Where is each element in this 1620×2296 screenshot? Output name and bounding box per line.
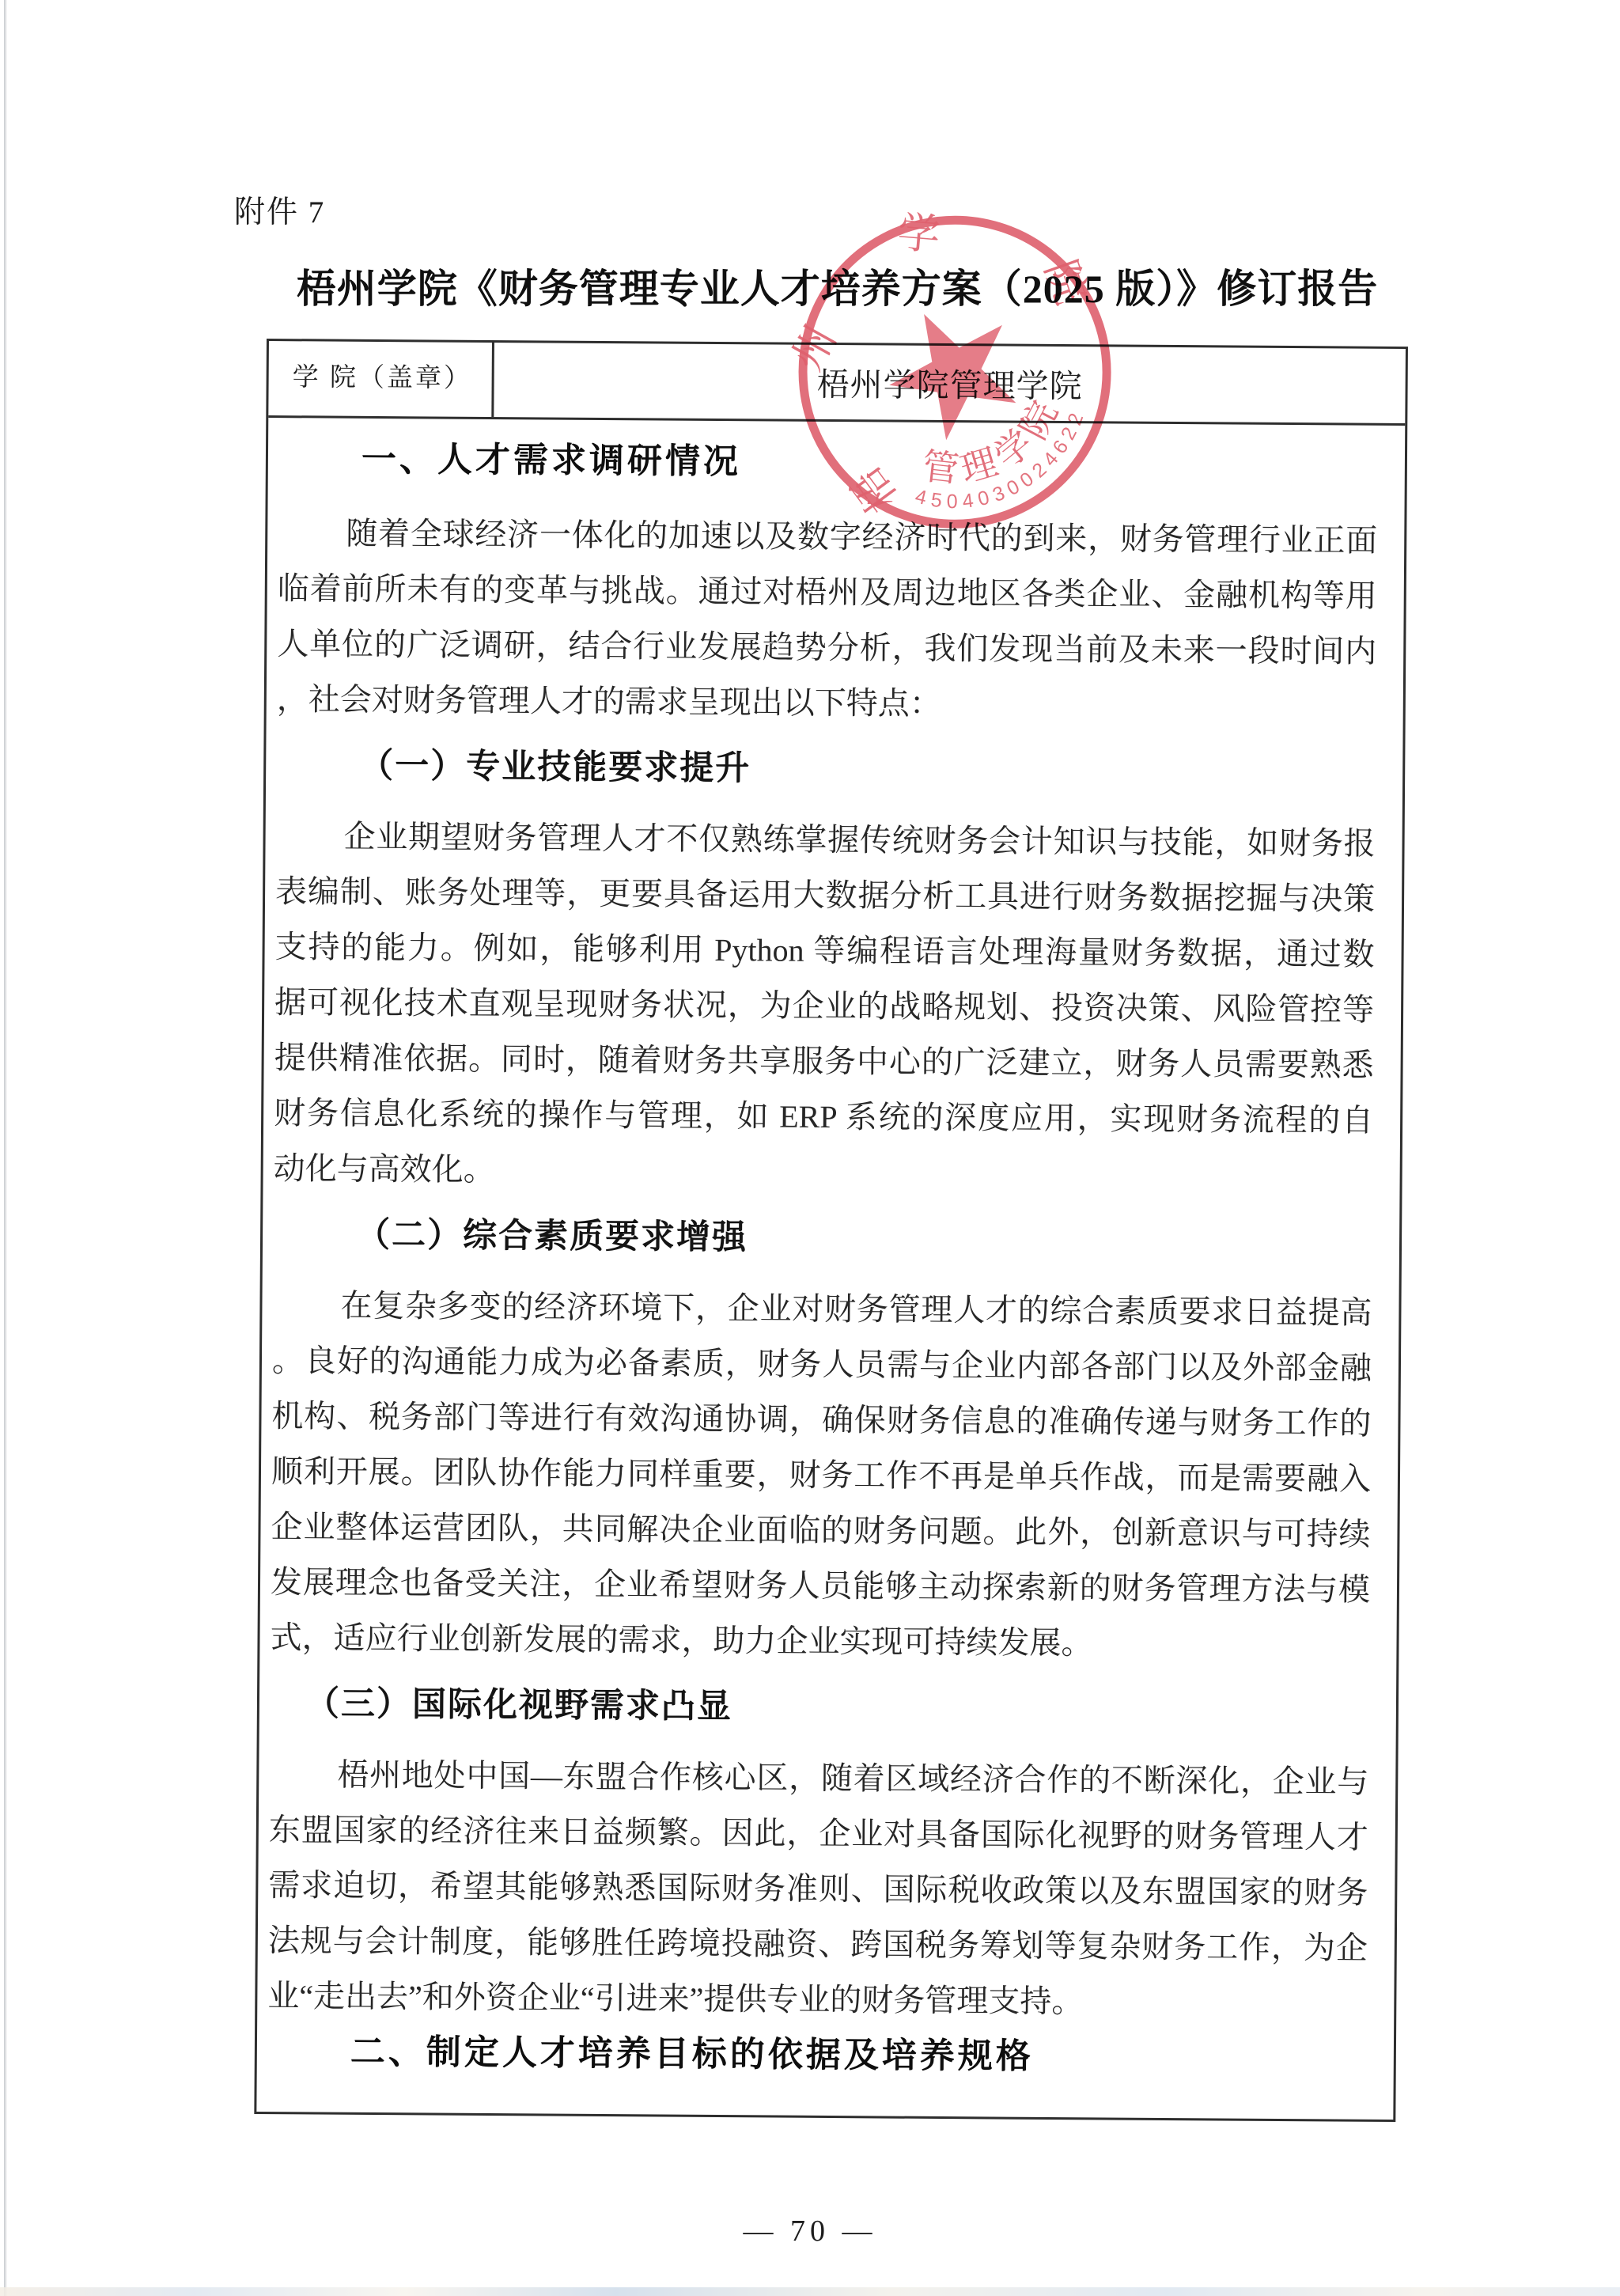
body-line: 法规与会计制度，能够胜任跨境投融资、跨国税务筹划等复杂财务工作，为企 [268,1913,1368,1976]
subsection-2-heading: （二）综合素质要求增强 [273,1207,1372,1270]
body-line: 表编制、账务处理等，更要具备运用大数据分析工具进行财务数据挖掘与决策 [275,864,1375,927]
body-line: 财务信息化系统的操作与管理，如 ERP 系统的深度应用，实现财务流程的自 [274,1085,1373,1149]
body-line: 东盟国家的经济往来日益频繁。因此，企业对具备国际化视野的财务管理人才 [269,1802,1368,1866]
body-line: 支持的能力。例如，能够利用 Python 等编程语言处理海量财务数据，通过数 [274,919,1374,983]
report-body-cell: 一、人才需求调研情况 随着全球经济一体化的加速以及数字经济时代的到来，财务管理行… [256,418,1405,2120]
scan-left-edge-artifact [4,0,7,2296]
body-line: 企业期望财务管理人才不仅熟练掌握传统财务会计知识与技能，如财务报 [275,809,1375,872]
table-header-row: 学 院（盖章） 梧州学院管理学院 [268,341,1406,426]
report-table: 学 院（盖章） 梧州学院管理学院 一、人才需求调研情况 随着全球经济一体化的加速… [254,339,1408,2122]
body-line: 企业整体运营团队，共同解决企业面临的财务问题。此外，创新意识与可持续 [271,1499,1370,1563]
subsection-1-heading: （一）专业技能要求提升 [276,737,1376,801]
page-title: 梧州学院《财务管理专业人才培养方案（2025 版）》修订报告 [267,264,1408,313]
body-line: 梧州地处中国—东盟合作核心区，随着区域经济合作的不断深化，企业与 [269,1747,1368,1810]
body-line: 在复杂多变的经济环境下，企业对财务管理人才的综合素质要求日益提高 [272,1278,1372,1341]
body-line: ，社会对财务管理人才的需求呈现出以下特点： [277,672,1376,735]
body-line: 需求迫切，希望其能够熟悉国际财务准则、国际税收政策以及东盟国家的财务 [268,1858,1368,1921]
body-line: 式，适应行业创新发展的需求，助力企业实现可持续发展。 [270,1610,1369,1673]
body-line: 据可视化技术直观呈现财务状况，为企业的战略规划、投资决策、风险管控等 [274,975,1374,1038]
page-number: — 70 — [0,2214,1620,2249]
attachment-label: 附件 7 [234,195,325,231]
body-line: 。良好的沟通能力成为必备素质，财务人员需与企业内部各部门以及外部金融 [272,1333,1372,1396]
body-line: 人单位的广泛调研，结合行业发展趋势分析，我们发现当前及未来一段时间内 [277,616,1376,680]
body-line: 顺利开展。团队协作能力同样重要，财务工作不再是单兵作战，而是需要融入 [271,1444,1371,1507]
section-2-heading: 二、制定人才培养目标的依据及培养规格 [267,2024,1367,2087]
section-1-heading: 一、人才需求调研情况 [278,431,1378,494]
body-line: 业“走出去”和外资企业“引进来”提供专业的财务管理支持。 [267,1968,1367,2032]
body-line: 提供精准依据。同时，随着财务共享服务中心的广泛建立，财务人员需要熟悉 [274,1030,1373,1093]
subsection-3-heading: （三）国际化视野需求凸显 [270,1676,1369,1739]
college-label-cell: 学 院（盖章） [268,341,494,417]
body-line: 动化与高效化。 [273,1141,1372,1204]
body-line: 发展理念也备受关注，企业希望财务人员能够主动探索新的财务管理方法与模 [271,1555,1370,1618]
scan-bottom-edge-artifact [0,2287,1620,2296]
body-line: 机构、税务部门等进行有效沟通协调，确保财务信息的准确传递与财务工作的 [271,1389,1371,1452]
body-line: 随着全球经济一体化的加速以及数字经济时代的到来，财务管理行业正面 [278,506,1377,569]
body-line: 临着前所未有的变革与挑战。通过对梧州及周边地区各类企业、金融机构等用 [278,561,1377,624]
document-page: 附件 7 梧州学院《财务管理专业人才培养方案（2025 版）》修订报告 学 院（… [0,0,1620,2296]
college-value-cell: 梧州学院管理学院 [494,343,1406,423]
